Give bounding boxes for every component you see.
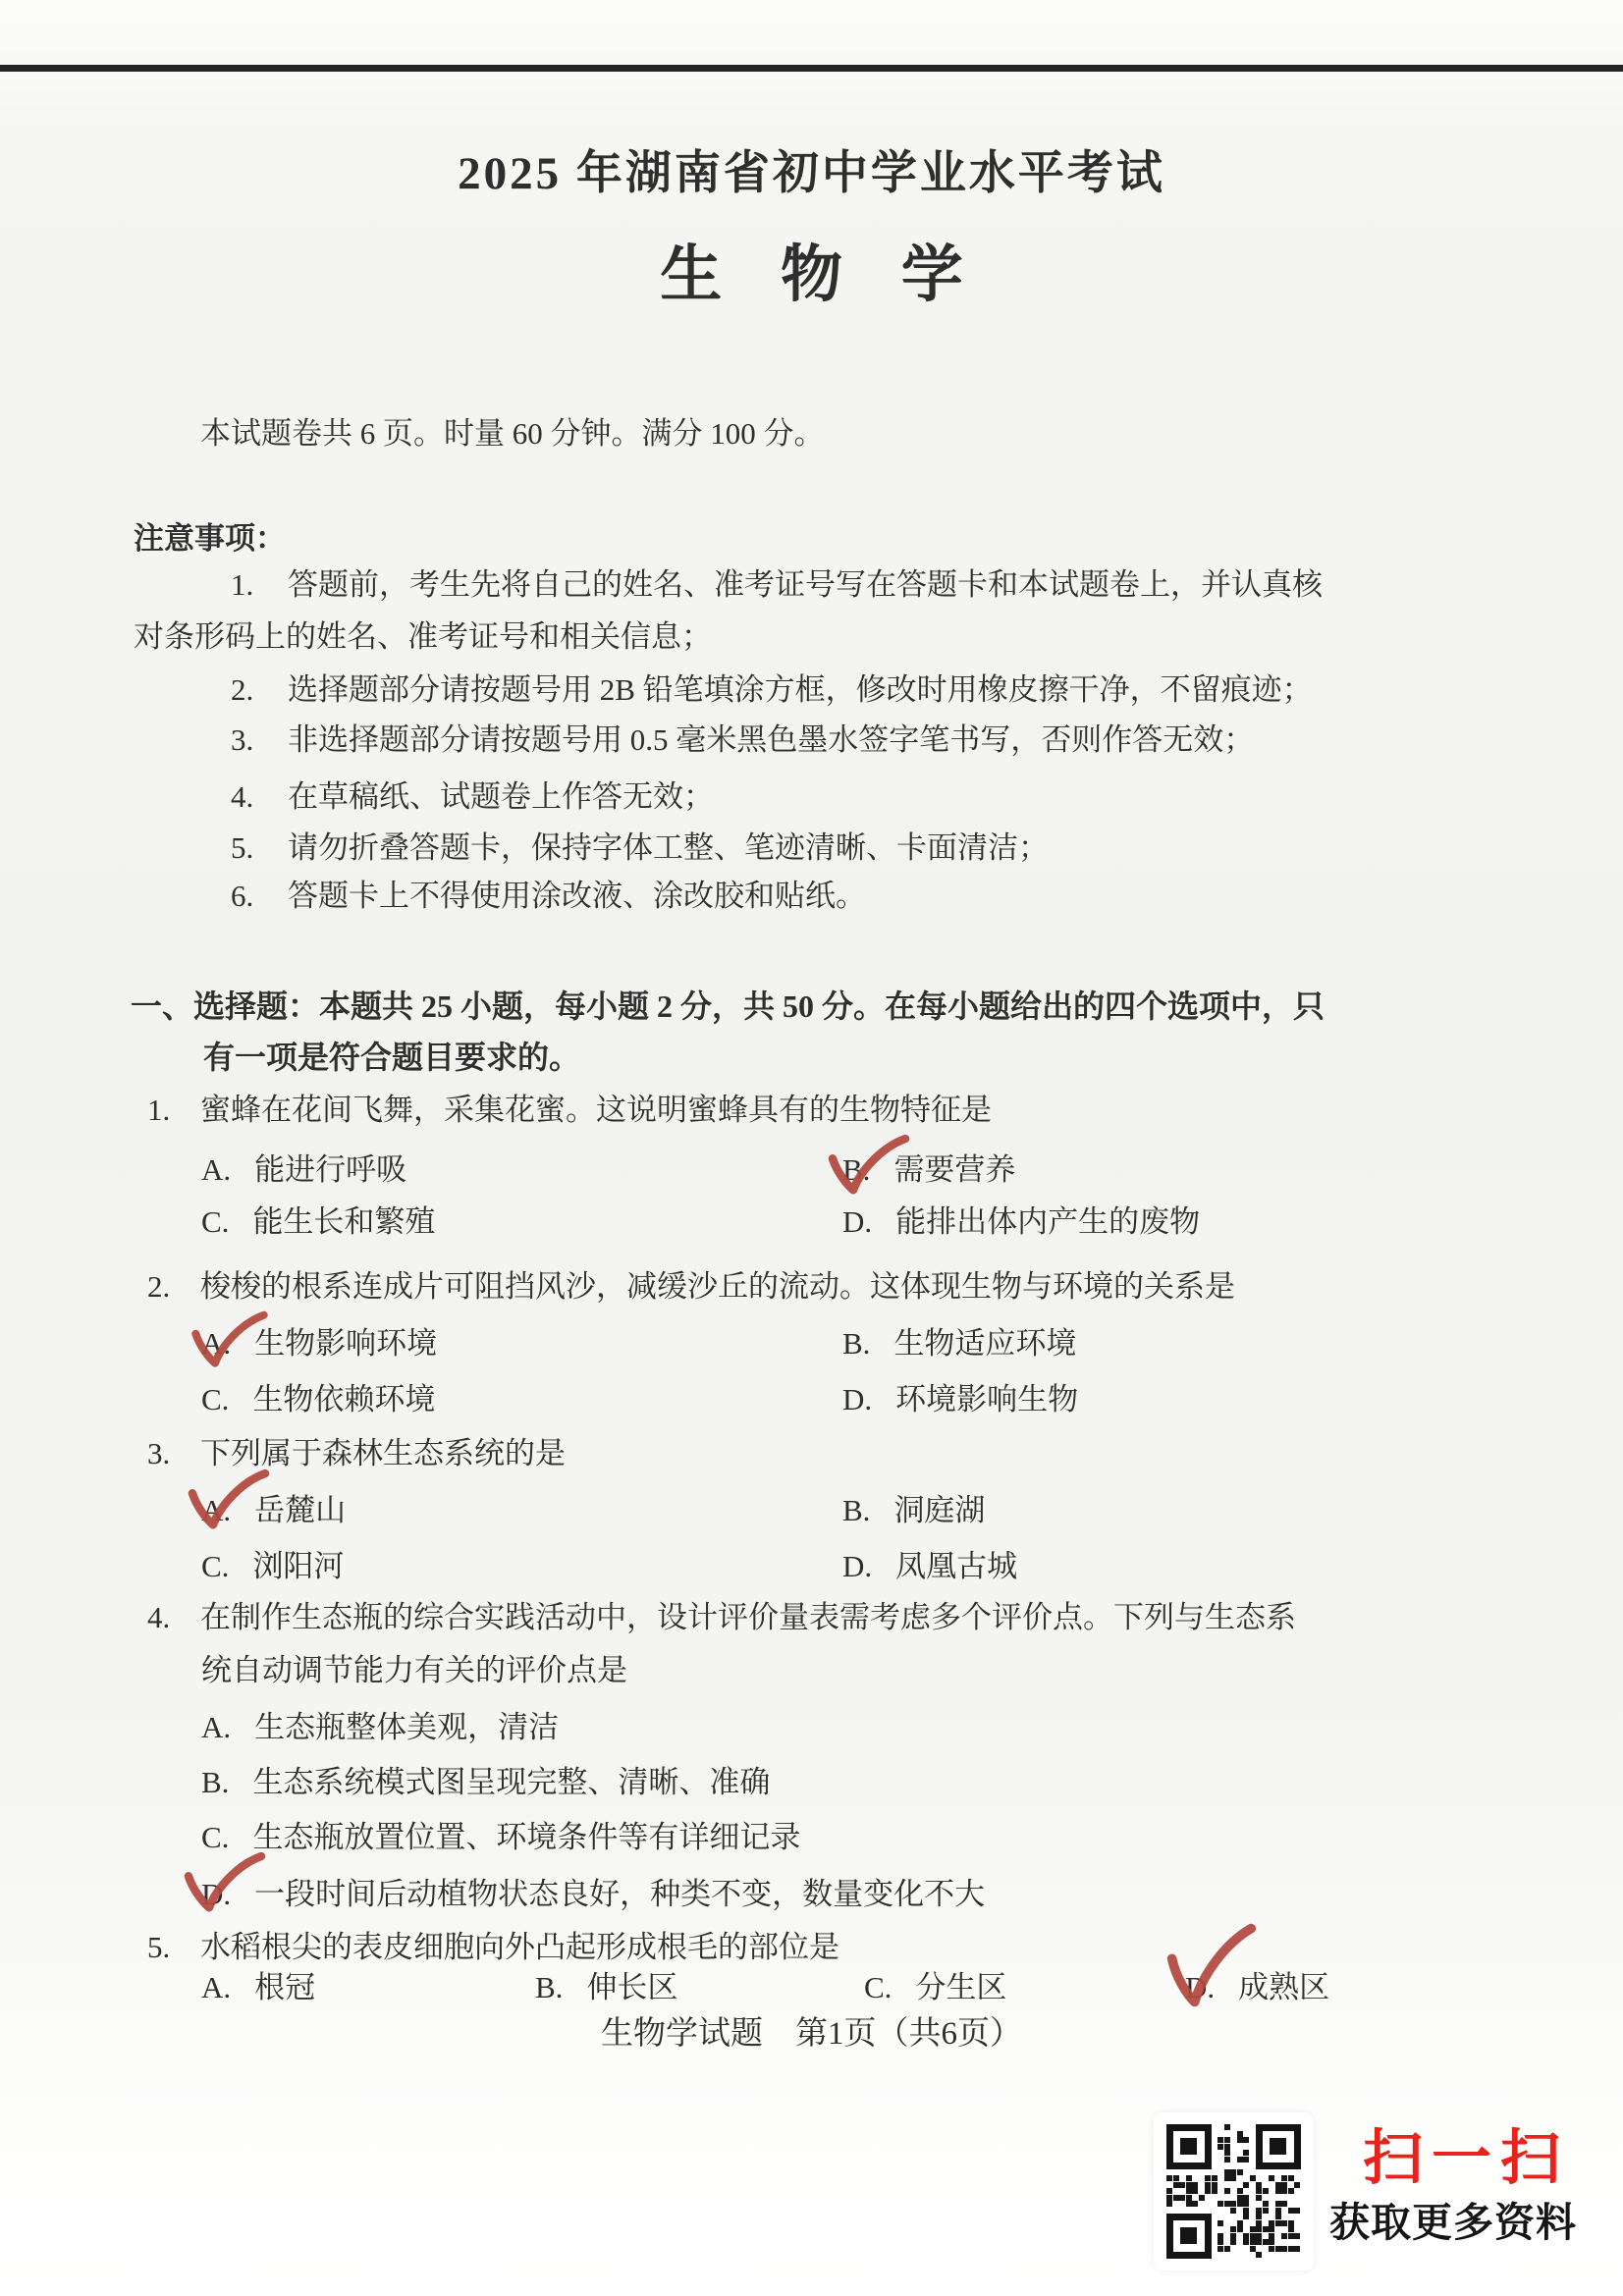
notice-heading: 注意事项： bbox=[134, 521, 286, 557]
notice-item-3: 3.非选择题部分请按题号用 0.5 毫米黑色墨水签字笔书写，否则作答无效； bbox=[231, 722, 1254, 758]
option-text: 凤凰古城 bbox=[895, 1549, 1017, 1583]
option-label: A. bbox=[201, 1493, 231, 1528]
exam-subject: 生 物 学 bbox=[0, 240, 1623, 310]
option-label: A. bbox=[201, 1710, 231, 1745]
section-heading-line-1: 一、选择题：本题共 25 小题，每小题 2 分，共 50 分。在每小题给出的四个… bbox=[131, 988, 1325, 1025]
option-label: D. bbox=[842, 1382, 872, 1417]
option-text: 一段时间后动植物状态良好，种类不变，数量变化不大 bbox=[254, 1877, 985, 1911]
option-label: A. bbox=[201, 1326, 231, 1362]
q4-option-b: B.生态系统模式图呈现完整、清晰、准确 bbox=[201, 1765, 770, 1800]
q4-option-a: A.生态瓶整体美观，清洁 bbox=[201, 1710, 559, 1745]
q5-option-a: A.根冠 bbox=[201, 1970, 315, 2005]
qr-finder-icon bbox=[1166, 2124, 1212, 2169]
option-text: 生物影响环境 bbox=[254, 1326, 437, 1361]
option-text: 岳麓山 bbox=[254, 1493, 346, 1527]
question-number: 3. bbox=[147, 1436, 177, 1471]
option-text: 生态系统模式图呈现完整、清晰、准确 bbox=[252, 1765, 770, 1799]
option-text: 能进行呼吸 bbox=[254, 1152, 406, 1187]
q5-option-d: D.成熟区 bbox=[1185, 1970, 1329, 2005]
option-label: D. bbox=[842, 1549, 872, 1584]
question-text: 蜜蜂在花间飞舞，采集花蜜。这说明蜜蜂具有的生物特征是 bbox=[200, 1093, 992, 1127]
option-text: 环境影响生物 bbox=[895, 1382, 1078, 1416]
option-label: C. bbox=[201, 1204, 229, 1240]
notice-number: 2. bbox=[231, 672, 270, 708]
question-number: 2. bbox=[147, 1269, 177, 1305]
q4-option-d: D.一段时间后动植物状态良好，种类不变，数量变化不大 bbox=[201, 1877, 985, 1912]
notice-text: 答题前，考生先将自己的姓名、准考证号写在答题卡和本试题卷上，并认真核 bbox=[288, 567, 1323, 602]
option-label: D. bbox=[1185, 1970, 1215, 2005]
q1-option-c: C.能生长和繁殖 bbox=[201, 1204, 435, 1240]
option-text: 生态瓶整体美观，清洁 bbox=[254, 1710, 559, 1744]
scan-label: 扫一扫 bbox=[1363, 2123, 1569, 2192]
q1-option-d: D.能排出体内产生的废物 bbox=[842, 1204, 1200, 1240]
option-label: C. bbox=[201, 1382, 229, 1417]
question-2-stem: 2.梭梭的根系连成片可阻挡风沙，减缓沙丘的流动。这体现生物与环境的关系是 bbox=[147, 1269, 1235, 1305]
question-3-stem: 3.下列属于森林生态系统的是 bbox=[147, 1436, 566, 1471]
question-text: 梭梭的根系连成片可阻挡风沙，减缓沙丘的流动。这体现生物与环境的关系是 bbox=[200, 1269, 1235, 1304]
qr-card bbox=[1154, 2112, 1314, 2270]
notice-text: 答题卡上不得使用涂改液、涂改胶和贴纸。 bbox=[288, 879, 866, 913]
option-label: D. bbox=[201, 1877, 231, 1912]
q3-option-b: B.洞庭湖 bbox=[842, 1493, 985, 1528]
option-text: 能生长和繁殖 bbox=[252, 1204, 435, 1239]
notice-number: 4. bbox=[231, 779, 270, 815]
option-label: B. bbox=[201, 1765, 229, 1800]
option-label: D. bbox=[842, 1204, 872, 1240]
notice-item-1-line-2: 对条形码上的姓名、准考证号和相关信息； bbox=[134, 619, 712, 655]
option-label: B. bbox=[535, 1970, 563, 2005]
option-text: 浏阳河 bbox=[252, 1549, 344, 1583]
question-4-stem-line-2: 统自动调节能力有关的评价点是 bbox=[201, 1653, 627, 1688]
notice-item-4: 4.在草稿纸、试题卷上作答无效； bbox=[231, 779, 714, 815]
q3-option-a: A.岳麓山 bbox=[201, 1493, 346, 1528]
q1-option-a: A.能进行呼吸 bbox=[201, 1152, 406, 1188]
section-heading-line-2: 有一项是符合题目要求的。 bbox=[203, 1040, 580, 1076]
exam-meta-line: 本试题卷共 6 页。时量 60 分钟。满分 100 分。 bbox=[200, 416, 825, 452]
question-4-stem-line-1: 4.在制作生态瓶的综合实践活动中，设计评价量表需考虑多个评价点。下列与生态系 bbox=[147, 1600, 1296, 1635]
page-footer: 生物学试题 第1页（共6页） bbox=[0, 2016, 1623, 2054]
option-label: C. bbox=[201, 1820, 229, 1855]
notice-item-1-line-1: 1.答题前，考生先将自己的姓名、准考证号写在答题卡和本试题卷上，并认真核 bbox=[231, 567, 1323, 603]
option-text: 生物依赖环境 bbox=[252, 1382, 435, 1416]
question-5-stem: 5.水稻根尖的表皮细胞向外凸起形成根毛的部位是 bbox=[147, 1930, 839, 1965]
notice-number: 1. bbox=[231, 567, 270, 603]
notice-item-5: 5.请勿折叠答题卡，保持字体工整、笔迹清晰、卡面清洁； bbox=[231, 830, 1049, 866]
qr-finder-icon bbox=[1256, 2124, 1301, 2169]
option-text: 分生区 bbox=[915, 1970, 1006, 2004]
notice-text: 在草稿纸、试题卷上作答无效； bbox=[288, 779, 714, 814]
q2-option-d: D.环境影响生物 bbox=[842, 1382, 1078, 1417]
option-label: C. bbox=[201, 1549, 229, 1584]
notice-item-6: 6.答题卡上不得使用涂改液、涂改胶和贴纸。 bbox=[231, 879, 866, 914]
option-label: A. bbox=[201, 1152, 231, 1188]
q4-option-c: C.生态瓶放置位置、环境条件等有详细记录 bbox=[201, 1820, 800, 1855]
question-1-stem: 1.蜜蜂在花间飞舞，采集花蜜。这说明蜜蜂具有的生物特征是 bbox=[147, 1093, 992, 1128]
option-text: 生物适应环境 bbox=[893, 1326, 1076, 1361]
exam-paper-page: 2025 年湖南省初中学业水平考试 生 物 学 本试题卷共 6 页。时量 60 … bbox=[0, 0, 1623, 2296]
notice-item-2: 2.选择题部分请按题号用 2B 铅笔填涂方框，修改时用橡皮擦干净，不留痕迹； bbox=[231, 672, 1313, 708]
option-text: 洞庭湖 bbox=[893, 1493, 985, 1527]
q2-option-c: C.生物依赖环境 bbox=[201, 1382, 435, 1417]
notice-text: 请勿折叠答题卡，保持字体工整、笔迹清晰、卡面清洁； bbox=[288, 830, 1049, 865]
option-label: C. bbox=[864, 1970, 892, 2005]
option-label: B. bbox=[842, 1326, 870, 1362]
option-label: A. bbox=[201, 1970, 231, 2005]
option-label: B. bbox=[842, 1152, 870, 1188]
question-text: 水稻根尖的表皮细胞向外凸起形成根毛的部位是 bbox=[200, 1930, 839, 1964]
option-text: 生态瓶放置位置、环境条件等有详细记录 bbox=[252, 1820, 800, 1854]
question-number: 4. bbox=[147, 1600, 177, 1635]
notice-text: 选择题部分请按题号用 2B 铅笔填涂方框，修改时用橡皮擦干净，不留痕迹； bbox=[288, 672, 1313, 707]
scanned-content: 2025 年湖南省初中学业水平考试 生 物 学 本试题卷共 6 页。时量 60 … bbox=[0, 0, 1623, 2296]
notice-number: 6. bbox=[231, 879, 270, 914]
notice-number: 5. bbox=[231, 830, 270, 866]
option-text: 成熟区 bbox=[1238, 1970, 1329, 2004]
option-text: 根冠 bbox=[254, 1970, 315, 2004]
qr-finder-icon bbox=[1166, 2214, 1212, 2259]
notice-text: 非选择题部分请按题号用 0.5 毫米黑色墨水签字笔书写，否则作答无效； bbox=[288, 722, 1254, 757]
question-number: 1. bbox=[147, 1093, 177, 1128]
q2-option-a: A.生物影响环境 bbox=[201, 1326, 437, 1362]
q5-option-c: C.分生区 bbox=[864, 1970, 1006, 2005]
q3-option-d: D.凤凰古城 bbox=[842, 1549, 1017, 1584]
option-text: 需要营养 bbox=[893, 1152, 1015, 1187]
exam-title: 2025 年湖南省初中学业水平考试 bbox=[0, 147, 1623, 200]
question-text: 下列属于森林生态系统的是 bbox=[200, 1436, 566, 1470]
notice-number: 3. bbox=[231, 722, 270, 758]
option-text: 伸长区 bbox=[586, 1970, 677, 2004]
question-text: 在制作生态瓶的综合实践活动中，设计评价量表需考虑多个评价点。下列与生态系 bbox=[200, 1600, 1296, 1634]
q1-option-b: B.需要营养 bbox=[842, 1152, 1015, 1188]
option-label: B. bbox=[842, 1493, 870, 1528]
qr-code bbox=[1166, 2124, 1301, 2259]
q5-option-b: B.伸长区 bbox=[535, 1970, 677, 2005]
scan-caption: 获取更多资料 bbox=[1329, 2200, 1577, 2246]
q3-option-c: C.浏阳河 bbox=[201, 1549, 344, 1584]
option-text: 能排出体内产生的废物 bbox=[895, 1204, 1200, 1239]
question-number: 5. bbox=[147, 1930, 177, 1965]
q2-option-b: B.生物适应环境 bbox=[842, 1326, 1076, 1362]
